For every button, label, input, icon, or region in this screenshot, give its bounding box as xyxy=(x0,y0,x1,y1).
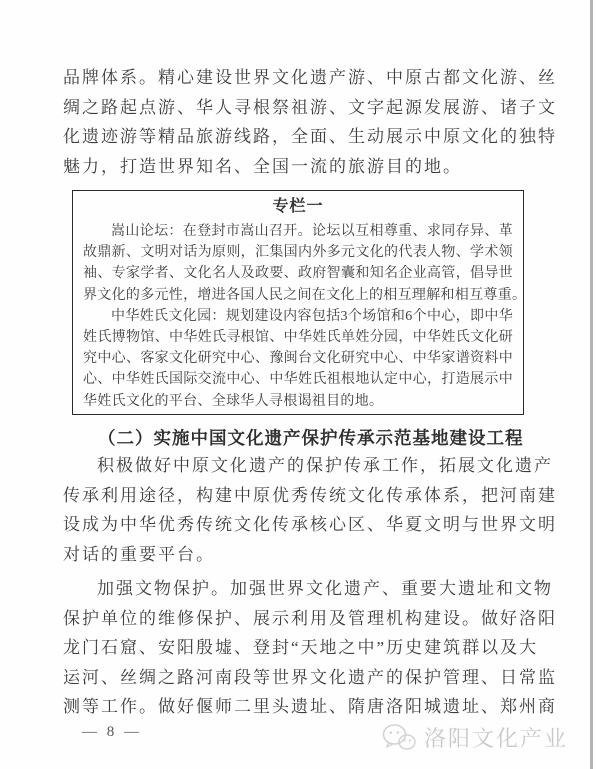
box-text-line: 华姓氏文化的平台、全球华人寻根谒祖目的地。 xyxy=(83,391,513,412)
text-line: 保护单位的维修保护、展示利用及管理机构建设。做好洛阳 xyxy=(63,604,538,634)
box-text-line: 袖、专家学者、文化名人及政要、政府智囊和知名企业高管，倡导世 xyxy=(83,263,513,284)
column-box-title: 专栏一 xyxy=(83,195,513,221)
paragraph-relic-protection: 加强文物保护。加强世界文化遗产、重要大遗址和文物 保护单位的维修保护、展示利用及… xyxy=(63,574,538,722)
box-text-line: 心、中华姓氏国际交流中心、中华姓氏祖根地认定中心，打造展示中 xyxy=(83,369,513,390)
text-line: 设成为中华优秀传统文化传承核心区、华夏文明与世界文明 xyxy=(63,510,538,540)
text-line: 对话的重要平台。 xyxy=(63,540,538,570)
text-line: 测等工作。做好偃师二里头遗址、隋唐洛阳城遗址、郑州商 xyxy=(63,692,538,722)
paragraph-tourism-routes: 品牌体系。精心建设世界文化遗产游、中原古都文化游、丝 绸之路起点游、华人寻根祭祖… xyxy=(63,63,538,181)
paragraph-heritage-inheritance: 积极做好中原文化遗产的保护传承工作，拓展文化遗产 传承利用途径，构建中原优秀传统… xyxy=(63,451,538,569)
watermark: 洛阳文化产业 xyxy=(382,722,568,753)
scan-page-edge xyxy=(590,0,593,769)
box-text-line: 嵩山论坛：在登封市嵩山召开。论坛以互相尊重、求同存异、革 xyxy=(83,221,513,242)
page-number: — 8 — xyxy=(82,724,142,741)
watermark-label: 洛阳文化产业 xyxy=(424,722,568,753)
text-line: 运河、丝绸之路河南段等世界文化遗产的保护管理、日常监 xyxy=(63,663,538,693)
text-line: 加强文物保护。加强世界文化遗产、重要大遗址和文物 xyxy=(63,574,538,604)
wechat-logo-icon xyxy=(382,723,416,753)
text-line: 绸之路起点游、华人寻根祭祖游、文字起源发展游、诸子文 xyxy=(63,93,538,123)
text-line: 品牌体系。精心建设世界文化遗产游、中原古都文化游、丝 xyxy=(63,63,538,93)
text-line: 化遗迹游等精品旅游线路，全面、生动展示中原文化的独特 xyxy=(63,122,538,152)
box-text-line: 故鼎新、文明对话为原则，汇集国内外多元文化的代表人物、学术领 xyxy=(83,242,513,263)
text-line: 积极做好中原文化遗产的保护传承工作，拓展文化遗产 xyxy=(63,451,538,481)
column-one-box: 专栏一 嵩山论坛：在登封市嵩山召开。论坛以互相尊重、求同存异、革 故鼎新、文明对… xyxy=(72,190,524,415)
document-page: 品牌体系。精心建设世界文化遗产游、中原古都文化游、丝 绸之路起点游、华人寻根祭祖… xyxy=(0,0,596,769)
box-text-line: 界文化的多元性，增进各国人民之间在文化上的相互理解和相互尊重。 xyxy=(83,285,513,306)
text-line: 魅力，打造世界知名、全国一流的旅游目的地。 xyxy=(63,152,538,182)
section-heading-2: （二）实施中国文化遗产保护传承示范基地建设工程 xyxy=(63,423,538,453)
text-line: 龙门石窟、安阳殷墟、登封“天地之中”历史建筑群以及大 xyxy=(63,633,538,663)
box-text-line: 姓氏博物馆、中华姓氏寻根馆、中华姓氏单姓分园，中华姓氏文化研 xyxy=(83,327,513,348)
text-line: 传承利用途径，构建中原优秀传统文化传承体系，把河南建 xyxy=(63,481,538,511)
box-text-line: 究中心、客家文化研究中心、豫闽台文化研究中心、中华家谱资料中 xyxy=(83,348,513,369)
box-text-line: 中华姓氏文化园：规划建设内容包括3个场馆和6个中心，即中华 xyxy=(83,306,513,327)
